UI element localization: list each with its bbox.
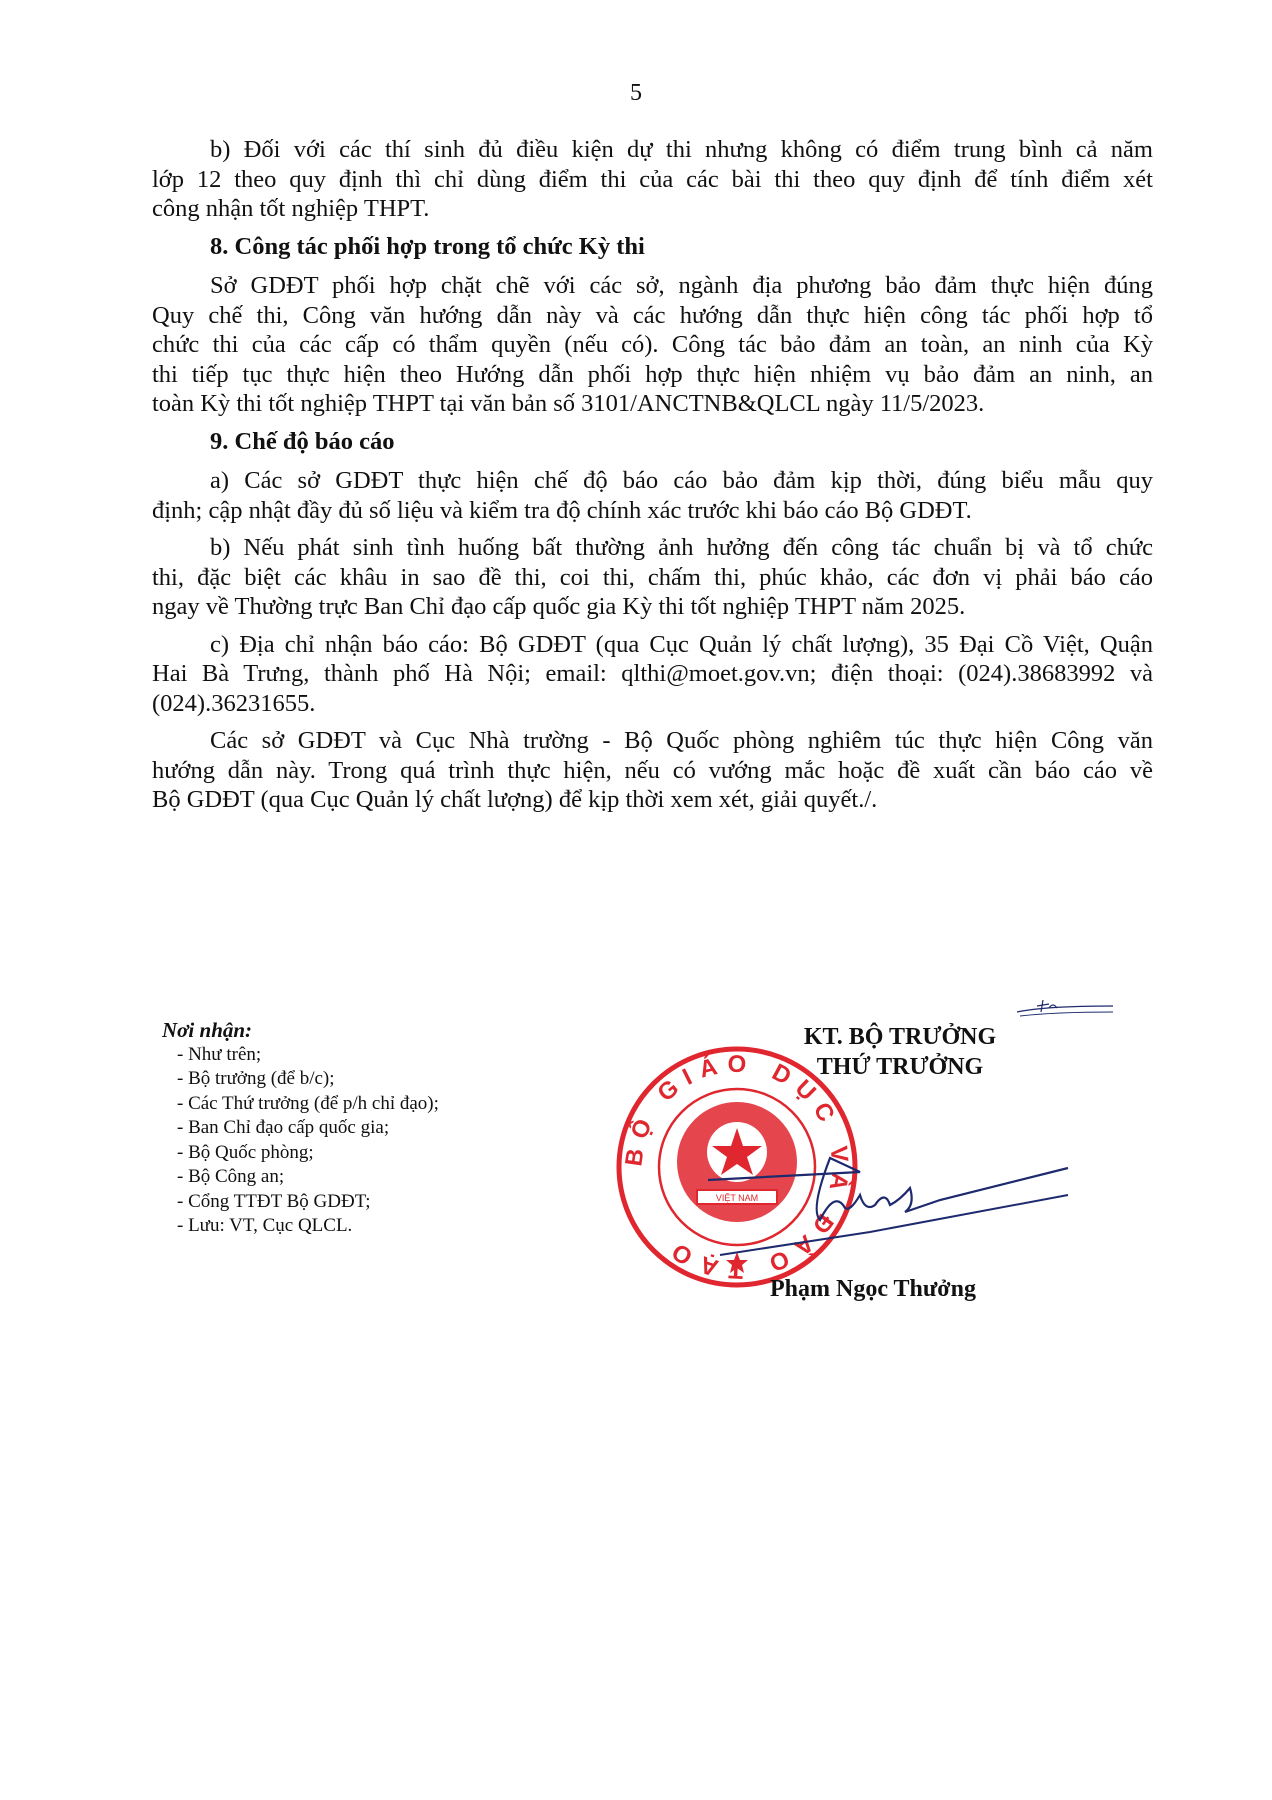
- text-line: Quy chế thi, Công văn hướng dẫn này và c…: [152, 301, 1153, 331]
- recipient-item: - Bộ Quốc phòng;: [177, 1141, 439, 1166]
- signature-block: KT. BỘ TRƯỞNG THỨ TRƯỞNG: [700, 1022, 1100, 1082]
- signer-role-line1: KT. BỘ TRƯỞNG: [700, 1022, 1100, 1052]
- recipient-item: - Bộ Công an;: [177, 1165, 439, 1190]
- text-line: b) Nếu phát sinh tình huống bất thường ả…: [152, 533, 1153, 563]
- text-line: c) Địa chỉ nhận báo cáo: Bộ GDĐT (qua Cụ…: [152, 630, 1153, 660]
- section-8-heading: 8. Công tác phối hợp trong tổ chức Kỳ th…: [152, 232, 1153, 262]
- text-line: thi tiếp tục thực hiện theo Hướng dẫn ph…: [152, 360, 1153, 390]
- text-line: toàn Kỳ thi tốt nghiệp THPT tại văn bản …: [152, 389, 1153, 419]
- text-line: ngay về Thường trực Ban Chỉ đạo cấp quốc…: [152, 592, 1153, 622]
- text-line: Sở GDĐT phối hợp chặt chẽ với các sở, ng…: [152, 271, 1153, 301]
- recipient-item: - Cổng TTĐT Bộ GDĐT;: [177, 1190, 439, 1215]
- page-number: 5: [0, 80, 1272, 107]
- paragraph-9a: a) Các sở GDĐT thực hiện chế độ báo cáo …: [152, 466, 1153, 525]
- text-line: b) Đối với các thí sinh đủ điều kiện dự …: [152, 135, 1153, 165]
- recipient-item: - Bộ trưởng (để b/c);: [177, 1067, 439, 1092]
- closing-paragraph: Các sở GDĐT và Cục Nhà trường - Bộ Quốc …: [152, 726, 1153, 815]
- text-line: chức thi của các cấp có thẩm quyền (nếu …: [152, 330, 1153, 360]
- signer-name: Phạm Ngọc Thưởng: [770, 1276, 976, 1303]
- text-line: Hai Bà Trưng, thành phố Hà Nội; email: q…: [152, 659, 1153, 689]
- initial-mark-icon: [1015, 990, 1115, 1020]
- paragraph-7b: b) Đối với các thí sinh đủ điều kiện dự …: [152, 135, 1153, 224]
- document-body: b) Đối với các thí sinh đủ điều kiện dự …: [152, 135, 1153, 823]
- text-line: Bộ GDĐT (qua Cục Quản lý chất lượng) để …: [152, 785, 1153, 815]
- recipients-block: Nơi nhận: - Như trên; - Bộ trưởng (để b/…: [165, 1018, 439, 1239]
- paragraph-section-8: Sở GDĐT phối hợp chặt chẽ với các sở, ng…: [152, 271, 1153, 419]
- recipient-item: - Lưu: VT, Cục QLCL.: [177, 1214, 439, 1239]
- text-line: (024).36231655.: [152, 689, 1153, 719]
- paragraph-9b: b) Nếu phát sinh tình huống bất thường ả…: [152, 533, 1153, 622]
- text-line: công nhận tốt nghiệp THPT.: [152, 194, 1153, 224]
- text-line: lớp 12 theo quy định thì chỉ dùng điểm t…: [152, 165, 1153, 195]
- text-line: hướng dẫn này. Trong quá trình thực hiện…: [152, 756, 1153, 786]
- text-line: Các sở GDĐT và Cục Nhà trường - Bộ Quốc …: [152, 726, 1153, 756]
- signature-icon: [700, 1150, 1080, 1260]
- recipients-title: Nơi nhận:: [162, 1018, 439, 1043]
- recipient-item: - Ban Chỉ đạo cấp quốc gia;: [177, 1116, 439, 1141]
- section-9-heading: 9. Chế độ báo cáo: [152, 427, 1153, 457]
- recipient-item: - Các Thứ trưởng (để p/h chỉ đạo);: [177, 1092, 439, 1117]
- paragraph-9c: c) Địa chỉ nhận báo cáo: Bộ GDĐT (qua Cụ…: [152, 630, 1153, 719]
- signer-role-line2: THỨ TRƯỞNG: [700, 1052, 1100, 1082]
- text-line: thi, đặc biệt các khâu in sao đề thi, co…: [152, 563, 1153, 593]
- text-line: định; cập nhật đầy đủ số liệu và kiểm tr…: [152, 496, 1153, 526]
- text-line: a) Các sở GDĐT thực hiện chế độ báo cáo …: [152, 466, 1153, 496]
- recipient-item: - Như trên;: [177, 1043, 439, 1068]
